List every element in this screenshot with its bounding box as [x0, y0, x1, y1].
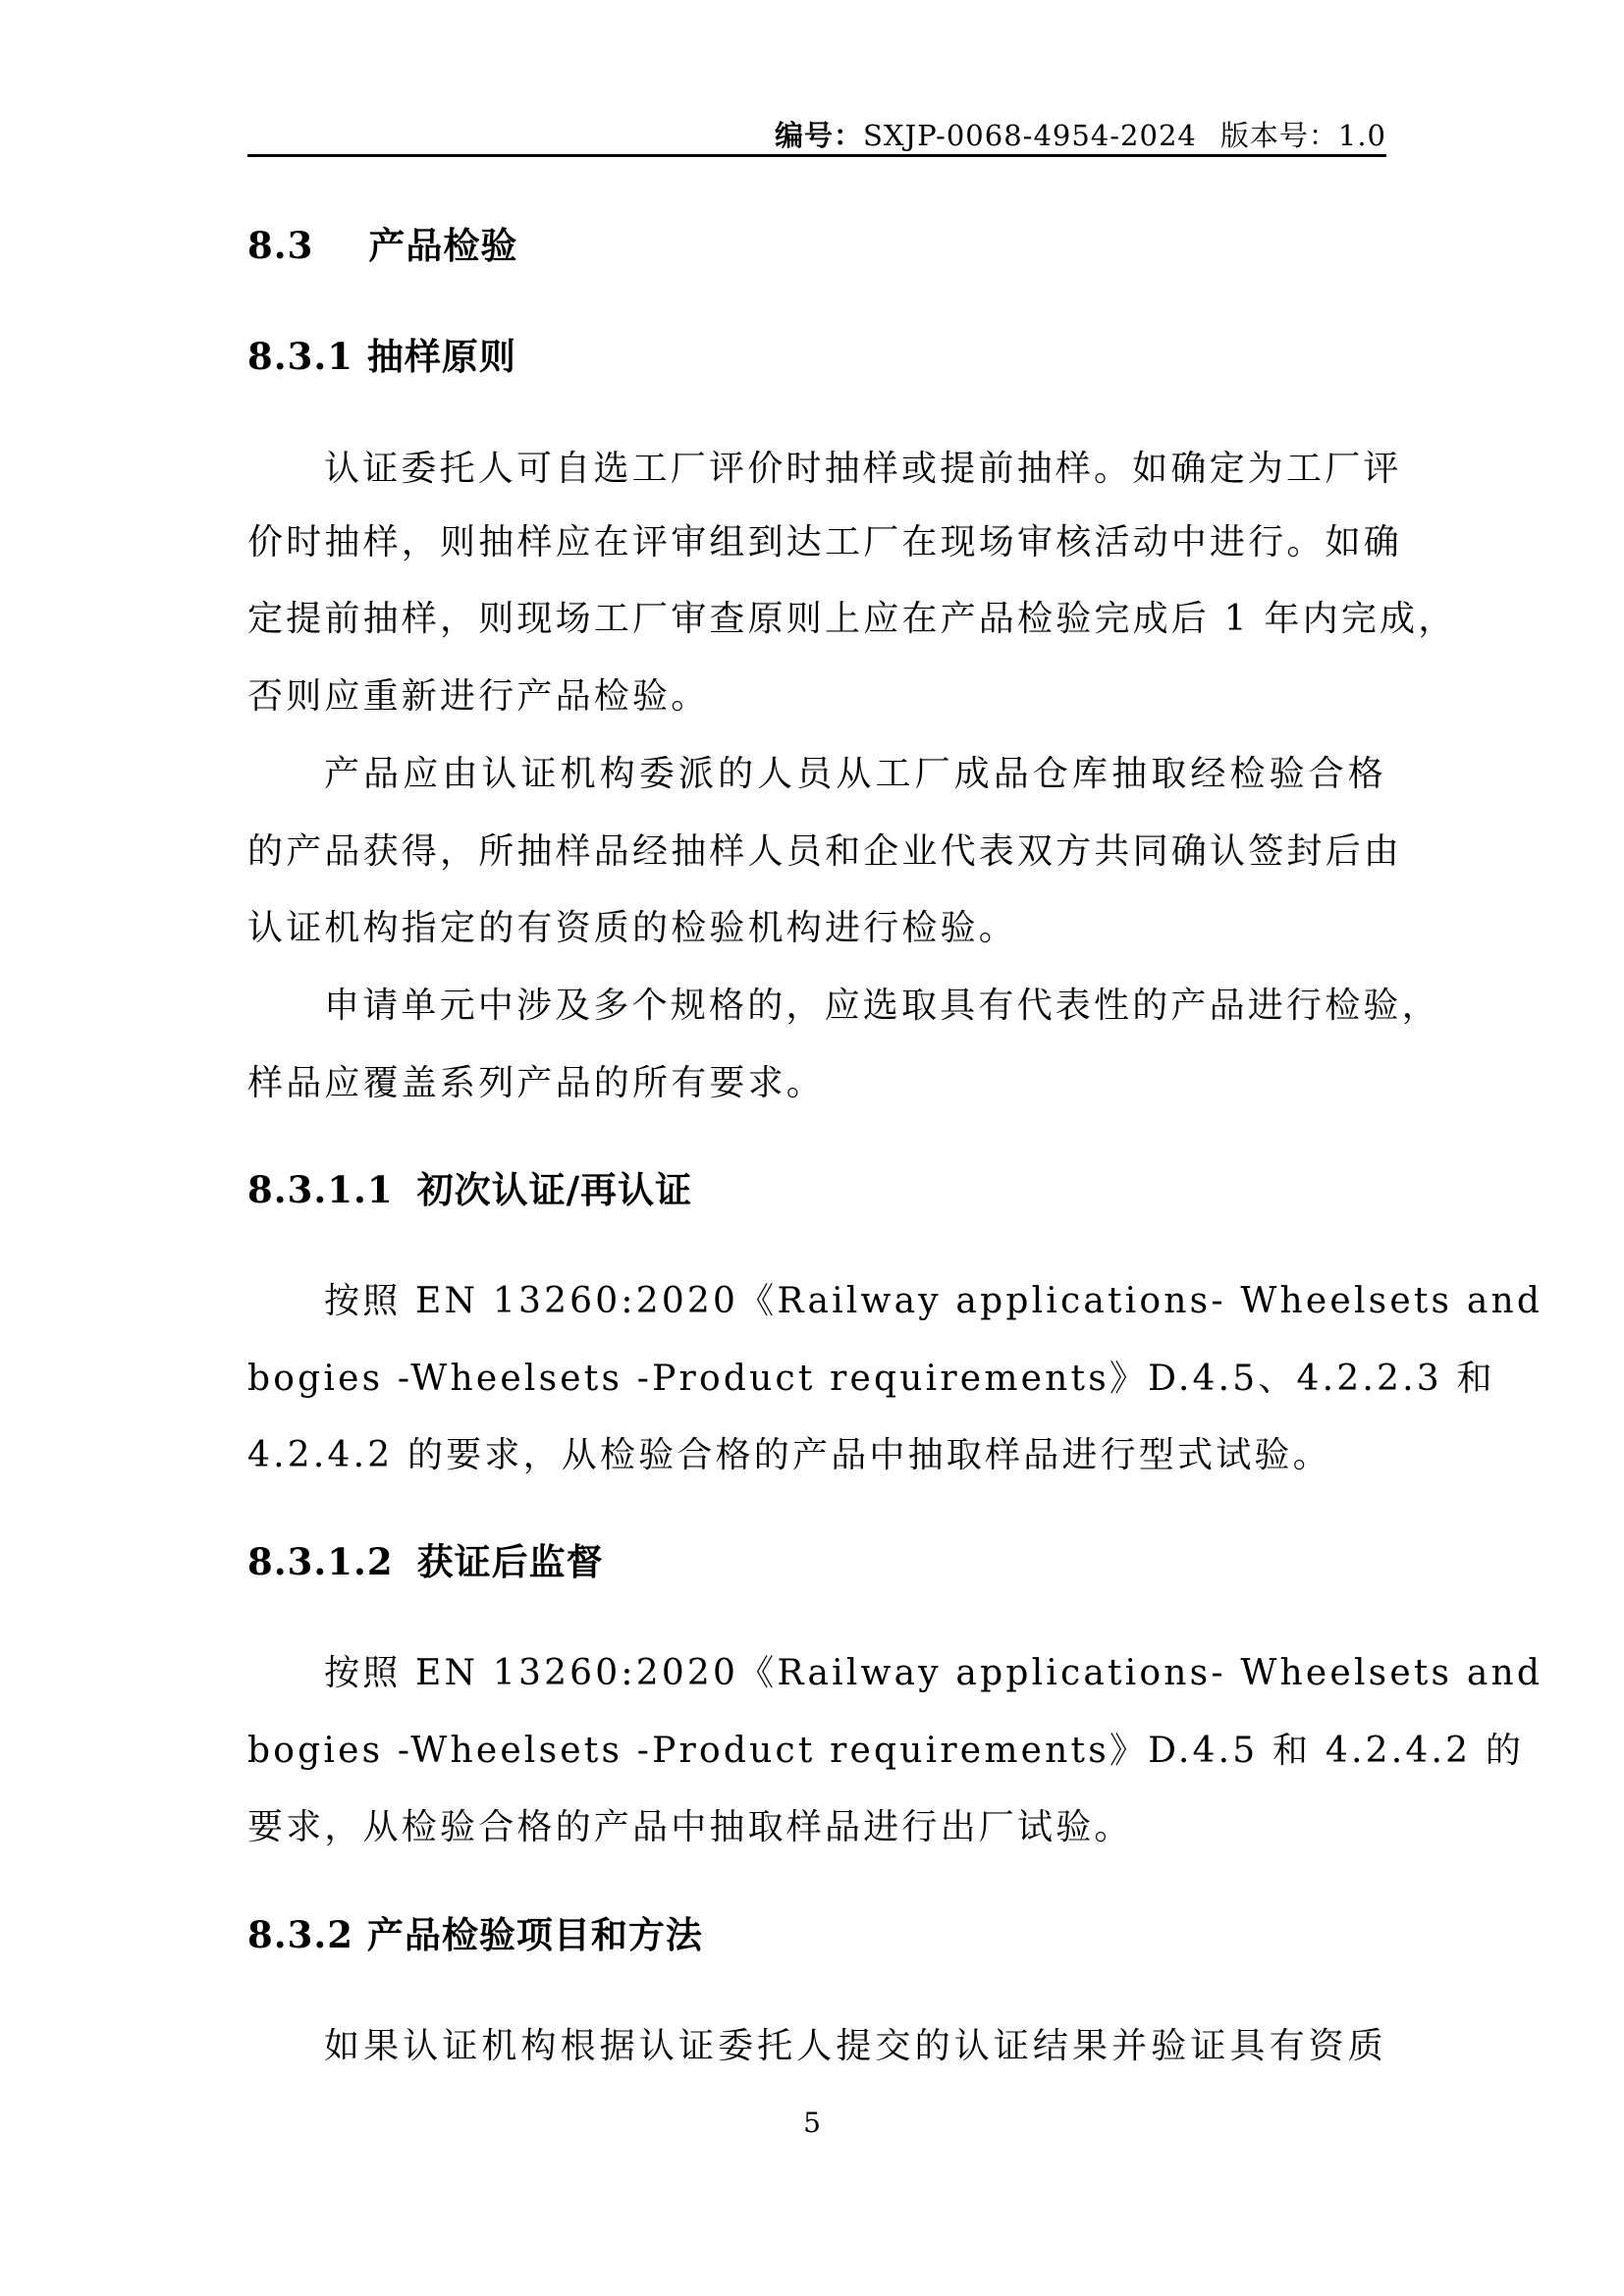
section-number: 8.3.1 — [247, 335, 353, 378]
section-title: 获证后监督 — [417, 1540, 604, 1583]
paragraph-line: 按照 EN 13260:2020《Railway applications- W… — [247, 1652, 1386, 1695]
paragraph-line: 产品应由认证机构委派的人员从工厂成品仓库抽取经检验合格 — [247, 753, 1386, 796]
section-heading-8-3: 8.3产品检验 — [247, 224, 1386, 267]
section-title: 抽样原则 — [367, 335, 516, 378]
section-number: 8.3.2 — [247, 1913, 353, 1956]
paragraph-line: 否则应重新进行产品检验。 — [247, 675, 1386, 719]
version-number: 1.0 — [1338, 119, 1386, 152]
paragraph-line: 申请单元中涉及多个规格的，应选取具有代表性的产品进行检验， — [247, 985, 1386, 1028]
section-heading-8-3-1-2: 8.3.1.2获证后监督 — [247, 1540, 1386, 1583]
paragraph-line: bogies -Wheelsets -Product requirements》… — [247, 1730, 1386, 1773]
section-number: 8.3.1.1 — [247, 1168, 394, 1211]
section-heading-8-3-2: 8.3.2 产品检验项目和方法 — [247, 1913, 1386, 1956]
paragraph-line: 认证委托人可自选工厂评价时抽样或提前抽样。如确定为工厂评 — [247, 448, 1386, 491]
paragraph-line: 定提前抽样，则现场工厂审查原则上应在产品检验完成后 1 年内完成， — [247, 598, 1386, 641]
section-heading-8-3-1-1: 8.3.1.1初次认证/再认证 — [247, 1168, 1386, 1211]
paragraph-line: 认证机构指定的有资质的检验机构进行检验。 — [247, 907, 1386, 950]
section-heading-8-3-1: 8.3.1 抽样原则 — [247, 335, 1386, 378]
document-number: SXJP-0068-4954-2024 — [863, 119, 1197, 152]
version-label: 版本号： — [1220, 119, 1338, 152]
paragraph-line: 价时抽样，则抽样应在评审组到达工厂在现场审核活动中进行。如确 — [247, 521, 1386, 564]
section-title: 产品检验项目和方法 — [367, 1913, 703, 1956]
paragraph-line: 如果认证机构根据认证委托人提交的认证结果并验证具有资质 — [247, 2025, 1386, 2068]
paragraph-line: 按照 EN 13260:2020《Railway applications- W… — [247, 1280, 1386, 1323]
paragraph-line: 要求，从检验合格的产品中抽取样品进行出厂试验。 — [247, 1806, 1386, 1849]
section-number: 8.3.1.2 — [247, 1540, 394, 1583]
section-title: 初次认证/再认证 — [417, 1168, 693, 1211]
page-number: 5 — [0, 2107, 1624, 2139]
document-number-label: 编号： — [775, 119, 863, 152]
document-id-line: 编号：SXJP-0068-4954-2024版本号：1.0 — [775, 114, 1386, 154]
paragraph-line: 样品应覆盖系列产品的所有要求。 — [247, 1062, 1386, 1105]
paragraph-line: 的产品获得，所抽样品经抽样人员和企业代表双方共同确认签封后由 — [247, 830, 1386, 874]
paragraph-line: 4.2.4.2 的要求，从检验合格的产品中抽取样品进行型式试验。 — [247, 1434, 1386, 1477]
header-divider — [247, 154, 1386, 157]
section-title: 产品检验 — [368, 224, 517, 267]
section-number: 8.3 — [247, 224, 313, 267]
paragraph-line: bogies -Wheelsets -Product requirements》… — [247, 1358, 1386, 1401]
page-header: 编号：SXJP-0068-4954-2024版本号：1.0 — [247, 110, 1386, 157]
